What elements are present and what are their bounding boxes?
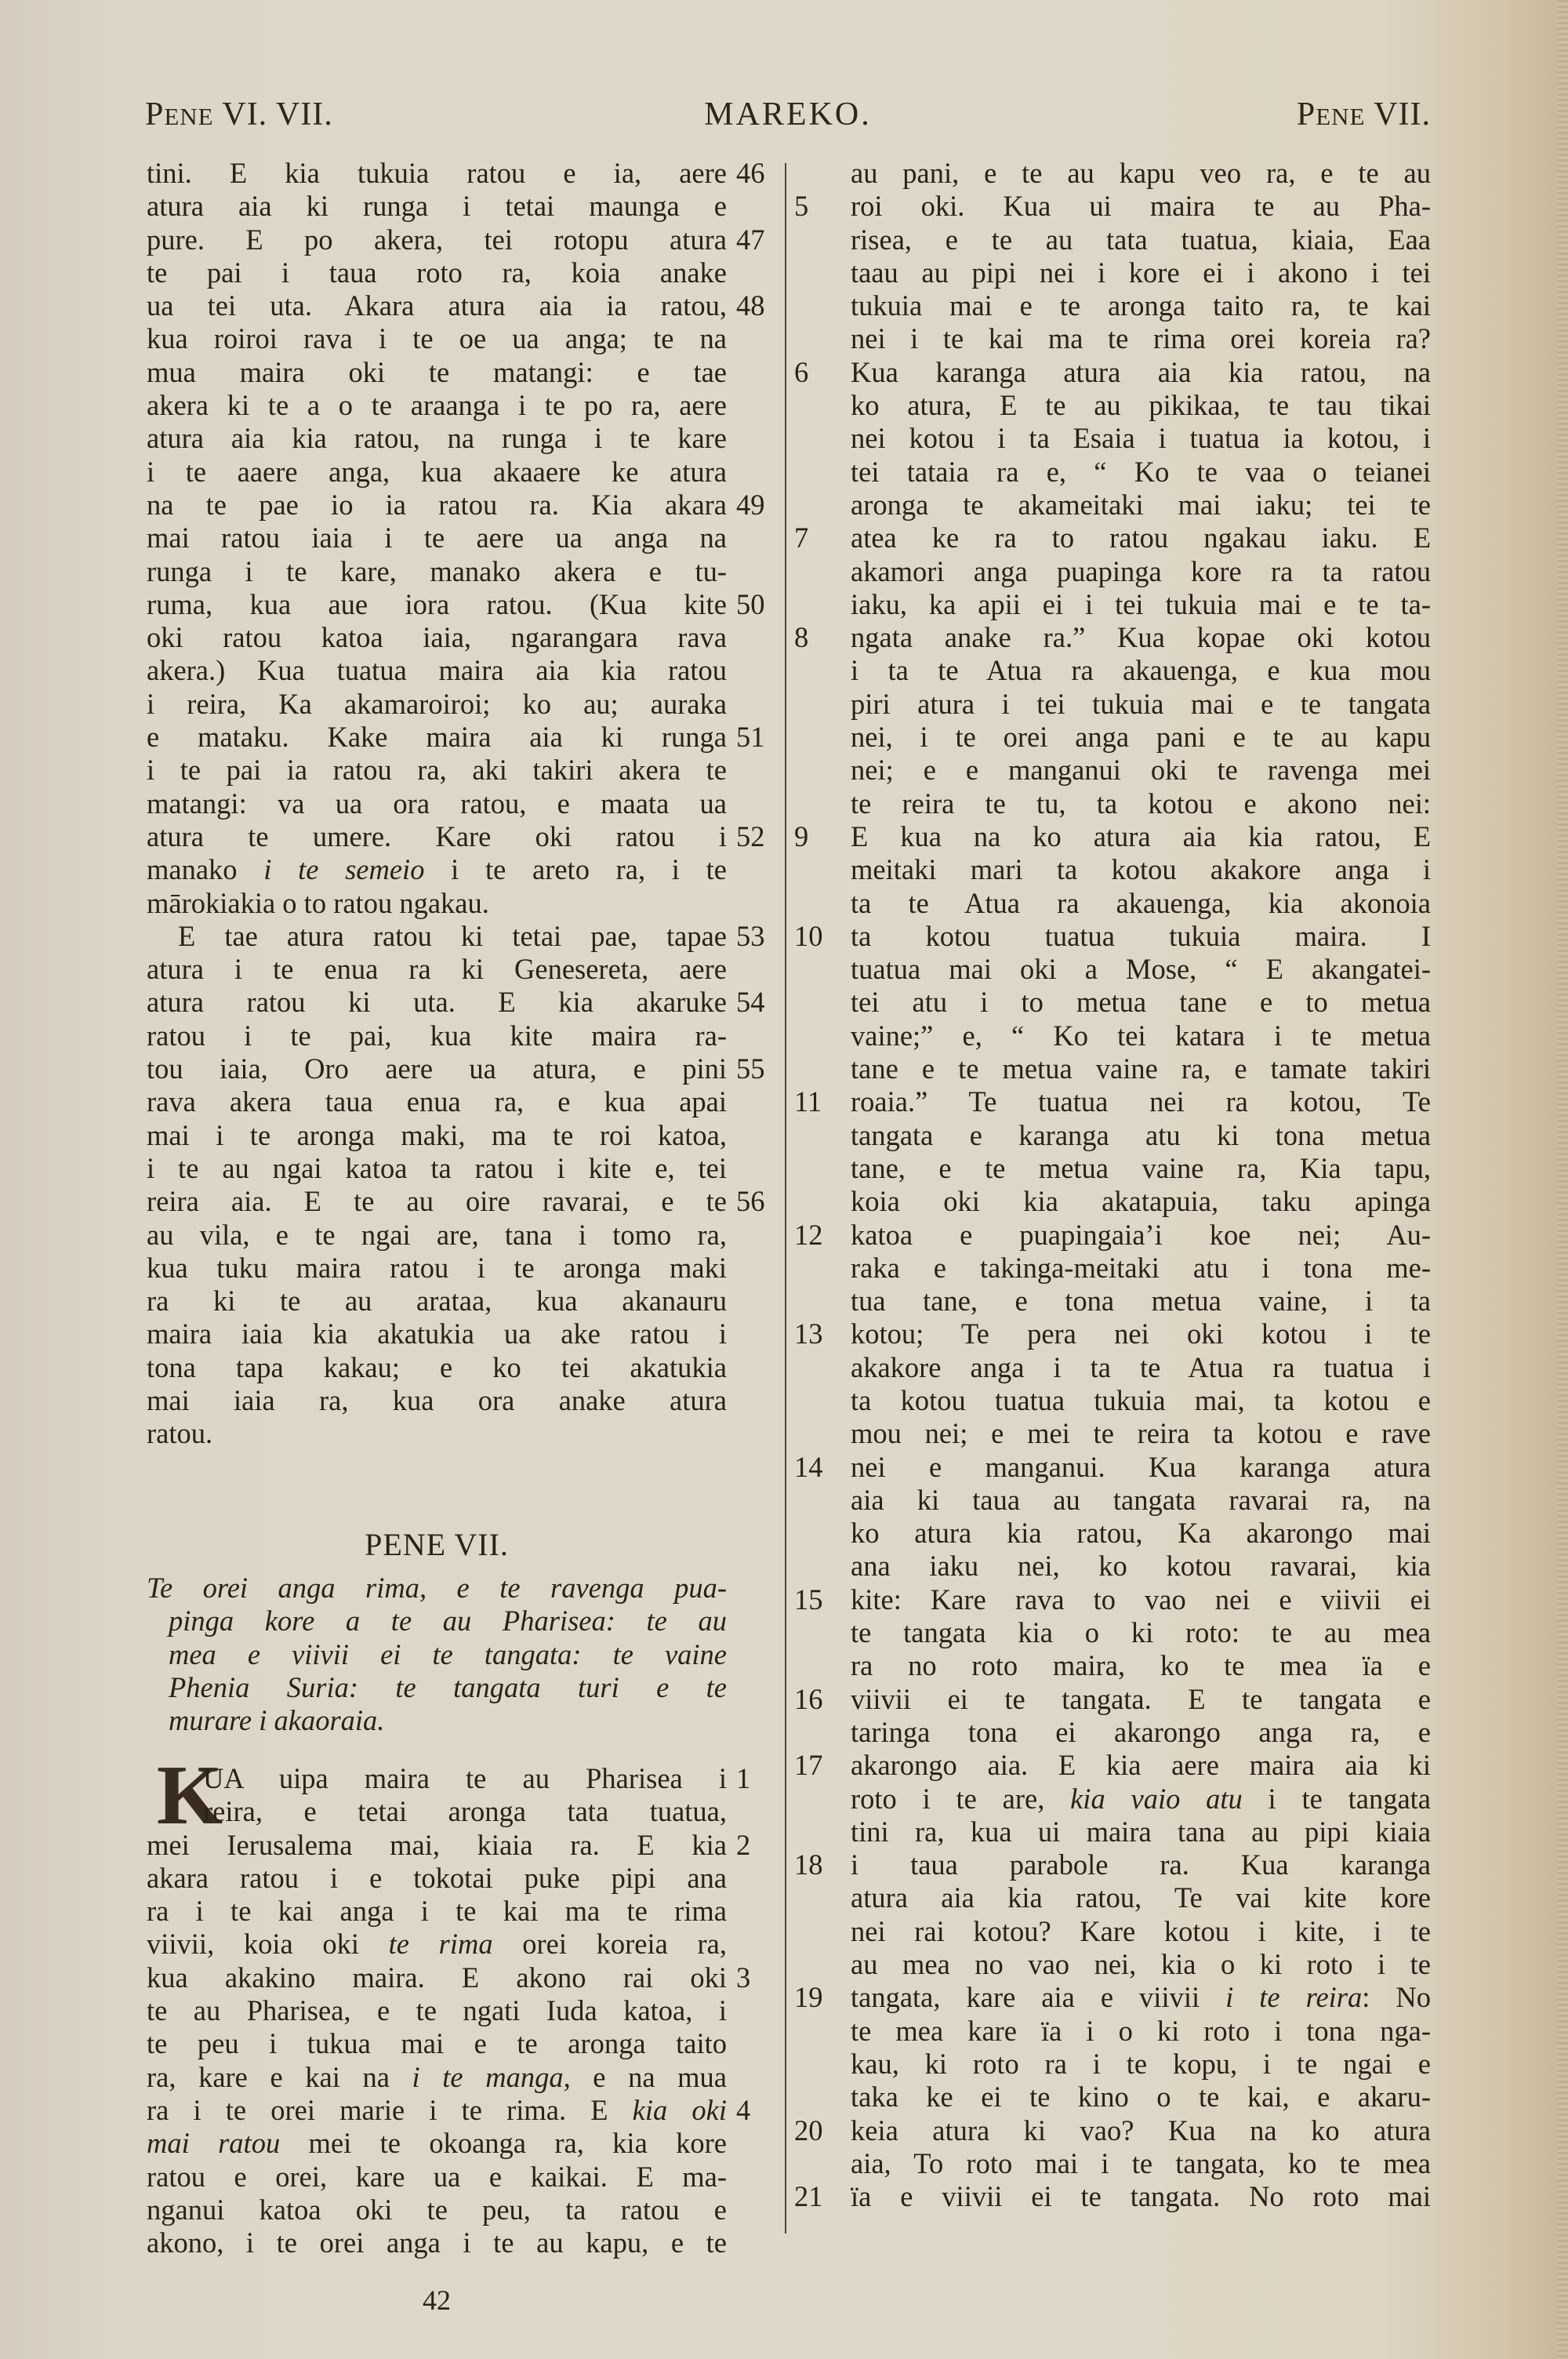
line-text: ta kotou tuatua tukuia maira. I [851,920,1431,953]
text-line: akarongo aia. E kia aere maira aia ki17 [851,1749,1431,1782]
text-line: te pai i taua roto ra, koia anake [147,256,727,289]
header-book-title: MAREKO. [145,96,1431,133]
verse-number: 2 [736,1829,783,1862]
italic-text: mai ratou [147,2127,280,2159]
text-line: kua akakino maira. E akono rai oki3 [147,1961,727,1994]
summary-line: pinga kore a te au Pharisea: te au [147,1605,727,1637]
text-line: i ta te Atua ra akauenga, e kua mou [851,654,1431,687]
text-line: roto i te are, kia vaio atu i te tangata [851,1783,1431,1816]
line-text: atura aia kia ratou, Te vai kite kore [851,1881,1431,1914]
line-text: atea ke ra to ratou ngakau iaku. E [851,522,1431,554]
line-text: te peu i tukua mai e te aronga taito [147,2027,727,2060]
verse-number: 12 [794,1219,841,1252]
text-line: atea ke ra to ratou ngakau iaku. E7 [851,522,1431,554]
verse-number: 50 [736,588,783,621]
line-text: ïa e viivii ei te tangata. No roto mai [851,2180,1431,2213]
left-column-text: tini. E kia tukuia ratou e ia, aere46atu… [147,157,727,1451]
line-text: roto i te are, kia vaio atu i te tangata [851,1783,1431,1816]
line-text: nei e manganui. Kua karanga atura [851,1451,1431,1484]
text-line: ra ki te au arataa, kua akanauru [147,1285,727,1318]
text-line: ra, kare e kai na i te manga, e na mua [147,2061,727,2094]
line-text: tona tapa kakau; e ko tei akatukia [147,1351,727,1384]
text-line: i te pai ia ratou ra, aki takiri akera t… [147,754,727,787]
line-text: ta te Atua ra akauenga, kia akonoia [851,887,1431,920]
text-line: ruma, kua aue iora ratou. (Kua kite50 [147,588,727,621]
line-text: keia atura ki vao? Kua na ko atura [851,2114,1431,2147]
text-line: ko atura, E te au pikikaa, te tau tikai [851,389,1431,422]
verse-number: 51 [736,721,783,754]
line-text: ra i te orei marie i te rima. E kia oki [147,2094,727,2127]
line-text: tua tane, e tona metua vaine, i ta [851,1285,1431,1318]
line-text: E kua na ko atura aia kia ratou, E [851,820,1431,853]
line-text: ngata anake ra.” Kua kopae oki kotou [851,621,1431,654]
verse-number: 54 [736,986,783,1019]
line-text: tei tataia ra e, “ Ko te vaa o teianei [851,456,1431,489]
verse-number: 6 [794,356,841,389]
line-text: akakore anga i ta te Atua ra tuatua i [851,1351,1431,1384]
line-text: kite: Kare rava to vao nei e viivii ei [851,1583,1431,1616]
verse-number: 48 [736,289,783,322]
verse-number: 49 [736,489,783,522]
text-line: raka e takinga-meitaki atu i tona me- [851,1252,1431,1285]
text-line: katoa e puapingaia’i koe nei; Au-12 [851,1219,1431,1252]
line-text: atura aia ki runga i tetai maunga e [147,190,727,223]
text-line: tona tapa kakau; e ko tei akatukia [147,1351,727,1384]
text-line: kotou; Te pera nei oki kotou i te13 [851,1318,1431,1350]
text-line: mou nei; e mei te reira ta kotou e rave [851,1417,1431,1450]
line-text: mua maira oki te matangi: e tae [147,356,727,389]
line-text: nei, i te orei anga pani e te au kapu [851,721,1431,754]
text-line: akera.) Kua tuatua maira aia kia ratou [147,654,727,687]
text-line: piri atura i tei tukuia mai e te tangata [851,688,1431,721]
line-text: aronga te akameitaki mai iaku; tei te [851,489,1431,522]
text-line: nganui katoa oki te peu, ta ratou e [147,2194,727,2226]
line-text: ra ki te au arataa, kua akanauru [147,1285,727,1318]
verse-number: 46 [736,157,783,190]
text-line: tangata, kare aia e viivii i te reira: N… [851,1981,1431,2014]
line-text: atura ratou ki uta. E kia akaruke [147,986,727,1019]
line-text: i reira, Ka akamaroiroi; ko au; auraka [147,688,727,721]
verse-number: 3 [736,1961,783,1994]
text-line: ko atura kia ratou, Ka akarongo mai [851,1517,1431,1550]
line-text: e mataku. Kake maira aia ki runga [147,721,727,754]
text-line: iaku, ka apii ei i tei tukuia mai e te t… [851,588,1431,621]
line-text: akara ratou i e tokotai puke pipi ana [147,1862,727,1895]
line-text: mārokiakia o to ratou ngakau. [147,887,727,920]
verse-number: 21 [794,2180,841,2213]
verse-number: 17 [794,1749,841,1782]
text-line: te reira te tu, ta kotou e akono nei: [851,787,1431,820]
right-column-text: au pani, e te au kapu veo ra, e te auroi… [851,157,1431,2213]
line-text: tou iaia, Oro aere ua atura, e pini [147,1052,727,1085]
text-line: akamori anga puapinga kore ra ta ratou [851,555,1431,588]
verse-number: 13 [794,1318,841,1350]
italic-text: kia oki [633,2094,727,2126]
line-text: roi oki. Kua ui maira te au Pha- [851,190,1431,223]
verse-number: 55 [736,1052,783,1085]
text-line: E tae atura ratou ki tetai pae, tapae53 [147,920,727,953]
text-line: keia atura ki vao? Kua na ko atura20 [851,2114,1431,2147]
verse-number: 52 [736,820,783,853]
summary-line: murare i akaoraia. [147,1704,727,1737]
line-text: i te au ngai katoa ta ratou i kite e, te… [147,1152,727,1185]
verse-number: 53 [736,920,783,953]
text-line: te peu i tukua mai e te aronga taito [147,2027,727,2060]
text-line: koia oki kia akatapuia, taku apinga [851,1185,1431,1218]
text-line: i reira, Ka akamaroiroi; ko au; auraka [147,688,727,721]
text-line: atura ratou ki uta. E kia akaruke54 [147,986,727,1019]
line-text: i te aaere anga, kua akaaere ke atura [147,456,727,489]
text-line: mai iaia ra, kua ora anake atura [147,1384,727,1417]
line-text: mai ratou mei te okoanga ra, kia kore [147,2127,727,2160]
verse-number: 18 [794,1848,841,1881]
text-line: ta te Atua ra akauenga, kia akonoia [851,887,1431,920]
text-line: te mea kare ïa i o ki roto i tona nga- [851,2015,1431,2048]
line-text: te tangata kia o ki roto: te au mea [851,1616,1431,1649]
line-text: atura i te enua ra ki Genesereta, aere [147,953,727,986]
text-line: atura i te enua ra ki Genesereta, aere [147,953,727,986]
text-line: reira aia. E te au oire ravarai, e te56 [147,1185,727,1218]
line-text: katoa e puapingaia’i koe nei; Au- [851,1219,1431,1252]
line-text: koia oki kia akatapuia, taku apinga [851,1185,1431,1218]
text-line: ra no roto maira, ko te mea ïa e [851,1649,1431,1682]
text-line: viivii, koia oki te rima orei koreia ra, [147,1928,727,1961]
chapter-heading: PENE VII. [147,1526,727,1563]
line-text: nei kotou i ta Esaia i tuatua ia kotou, … [851,422,1431,455]
line-text: Kua karanga atura aia kia ratou, na [851,356,1431,389]
text-line: te tangata kia o ki roto: te au mea [851,1616,1431,1649]
left-column-chapter7-text: UA uipa maira te au Pharisea i1reira, e … [147,1762,727,2259]
line-text: E tae atura ratou ki tetai pae, tapae [147,920,727,953]
line-text: i taua parabole ra. Kua karanga [851,1848,1431,1881]
line-text: vaine;” e, “ Ko tei katara i te metua [851,1020,1431,1052]
line-text: au pani, e te au kapu veo ra, e te au [851,157,1431,190]
line-text: au mea no vao nei, kia o ki roto i te [851,1948,1431,1981]
line-text: meitaki mari ta kotou akakore anga i [851,853,1431,886]
line-text: mai iaia ra, kua ora anake atura [147,1384,727,1417]
text-line: kua roiroi rava i te oe ua anga; te na [147,322,727,355]
line-text: tangata e karanga atu ki tona metua [851,1119,1431,1152]
text-line: mua maira oki te matangi: e tae [147,356,727,389]
line-text: tini. E kia tukuia ratou e ia, aere [147,157,727,190]
text-line: Kua karanga atura aia kia ratou, na6 [851,356,1431,389]
line-text: mou nei; e mei te reira ta kotou e rave [851,1417,1431,1450]
book-page: PENE VI. VII. MAREKO. PENE VII. tini. E … [0,0,1568,2359]
text-line: akono, i te orei anga i te au kapu, e te [147,2226,727,2259]
line-text: taringa tona ei akarongo anga ra, e [851,1716,1431,1749]
text-line: tane, e te metua vaine ra, Kia tapu, [851,1152,1431,1185]
text-line: tangata e karanga atu ki tona metua [851,1119,1431,1152]
text-line: ngata anake ra.” Kua kopae oki kotou8 [851,621,1431,654]
text-line: atura aia ki runga i tetai maunga e [147,190,727,223]
line-text: tuatua mai oki a Mose, “ E akangatei- [851,953,1431,986]
summary-line: Phenia Suria: te tangata turi e te [147,1671,727,1704]
line-text: te reira te tu, ta kotou e akono nei: [851,787,1431,820]
text-line: na te pae io ia ratou ra. Kia akara49 [147,489,727,522]
line-text: rava akera taua enua ra, e kua apai [147,1085,727,1118]
text-line: tane e te metua vaine ra, e tamate takir… [851,1052,1431,1085]
running-header: PENE VI. VII. MAREKO. PENE VII. [145,96,1431,143]
verse-number: 9 [794,820,841,853]
text-line: kua tuku maira ratou i te aronga maki [147,1252,727,1285]
line-text: ko atura, E te au pikikaa, te tau tikai [851,389,1431,422]
line-text: aia, To roto mai i te tangata, ko te mea [851,2147,1431,2180]
text-line: tua tane, e tona metua vaine, i ta [851,1285,1431,1318]
text-line: tini. E kia tukuia ratou e ia, aere46 [147,157,727,190]
italic-text: i te semeio [263,853,424,885]
verse-number: 14 [794,1451,841,1484]
line-text: akamori anga puapinga kore ra ta ratou [851,555,1431,588]
line-text: reira aia. E te au oire ravarai, e te [147,1185,727,1218]
text-line: mai ratou iaia i te aere ua anga na [147,522,727,554]
line-text: ratou i te pai, kua kite maira ra- [147,1020,727,1052]
text-line: mei Ierusalema mai, kiaia ra. E kia2 [147,1829,727,1862]
line-text: akono, i te orei anga i te au kapu, e te [147,2226,727,2259]
italic-text: i te reira [1225,1981,1362,2013]
text-line: mai i te aronga maki, ma te roi katoa, [147,1119,727,1152]
verse-number: 7 [794,522,841,554]
line-text: kua tuku maira ratou i te aronga maki [147,1252,727,1285]
line-text: ta kotou tuatua tukuia mai, ta kotou e [851,1384,1431,1417]
verse-number: 5 [794,190,841,223]
italic-text: i te manga, [412,2061,571,2093]
text-line: tou iaia, Oro aere ua atura, e pini55 [147,1052,727,1085]
line-text: tangata, kare aia e viivii i te reira: N… [851,1981,1431,2014]
text-line: akakore anga i ta te Atua ra tuatua i [851,1351,1431,1384]
text-line: UA uipa maira te au Pharisea i1 [147,1762,727,1795]
italic-text: kia vaio atu [1070,1783,1243,1815]
line-text: nei; e e manganui oki te ravenga mei [851,754,1431,787]
text-line: i te aaere anga, kua akaaere ke atura [147,456,727,489]
text-line: mai ratou mei te okoanga ra, kia kore [147,2127,727,2160]
line-text: kua akakino maira. E akono rai oki [147,1961,727,1994]
line-text: ra, kare e kai na i te manga, e na mua [147,2061,727,2094]
line-text: matangi: va ua ora ratou, e maata ua [147,787,727,820]
text-line: aia, To roto mai i te tangata, ko te mea [851,2147,1431,2180]
text-line: au vila, e te ngai are, tana i tomo ra, [147,1219,727,1252]
text-line: ana iaku nei, ko kotou ravarai, kia [851,1550,1431,1583]
verse-number: 11 [794,1085,841,1118]
text-line: maira iaia kia akatukia ua ake ratou i [147,1318,727,1350]
line-text: tane, e te metua vaine ra, Kia tapu, [851,1152,1431,1185]
text-line: akara ratou i e tokotai puke pipi ana [147,1862,727,1895]
line-text: atura aia kia ratou, na runga i te kare [147,422,727,455]
text-line: i taua parabole ra. Kua karanga18 [851,1848,1431,1881]
chapter-summary: Te orei anga rima, e te ravenga pua-ping… [147,1572,727,1737]
text-line: akera ki te a o te araanga i te po ra, a… [147,389,727,422]
verse-number: 20 [794,2114,841,2147]
text-line: rava akera taua enua ra, e kua apai [147,1085,727,1118]
verse-number: 10 [794,920,841,953]
verse-number: 8 [794,621,841,654]
line-text: tini ra, kua ui maira tana au pipi kiaia [851,1816,1431,1848]
verse-number: 15 [794,1583,841,1616]
line-text: na te pae io ia ratou ra. Kia akara [147,489,727,522]
text-line: viivii ei te tangata. E te tangata e16 [851,1683,1431,1716]
text-line: ta kotou tuatua tukuia maira. I10 [851,920,1431,953]
line-text: ra no roto maira, ko te mea ïa e [851,1649,1431,1682]
line-text: au vila, e te ngai are, tana i tomo ra, [147,1219,727,1252]
line-text: ruma, kua aue iora ratou. (Kua kite [147,588,727,621]
text-line: atura aia kia ratou, na runga i te kare [147,422,727,455]
line-text: kua roiroi rava i te oe ua anga; te na [147,322,727,355]
text-line: atura te umere. Kare oki ratou i52 [147,820,727,853]
text-line: vaine;” e, “ Ko tei katara i te metua [851,1020,1431,1052]
text-line: tini ra, kua ui maira tana au pipi kiaia [851,1816,1431,1848]
text-line: roaia.” Te tuatua nei ra kotou, Te11 [851,1085,1431,1118]
line-text: ratou e orei, kare ua e kaikai. E ma- [147,2161,727,2194]
line-text: iaku, ka apii ei i tei tukuia mai e te t… [851,588,1431,621]
text-line: kau, ki roto ra i te kopu, i te ngai e [851,2048,1431,2081]
text-line: kite: Kare rava to vao nei e viivii ei15 [851,1583,1431,1616]
text-line: ra i te orei marie i te rima. E kia oki4 [147,2094,727,2127]
text-line: pure. E po akera, tei rotopu atura47 [147,224,727,256]
text-line: ra i te kai anga i te kai ma te rima [147,1895,727,1928]
text-line: manako i te semeio i te areto ra, i te [147,853,727,886]
text-line: roi oki. Kua ui maira te au Pha-5 [851,190,1431,223]
text-line: nei rai kotou? Kare kotou i kite, i te [851,1915,1431,1948]
text-line: au mea no vao nei, kia o ki roto i te [851,1948,1431,1981]
text-line: taringa tona ei akarongo anga ra, e [851,1716,1431,1749]
text-line: te au Pharisea, e te ngati Iuda katoa, i [147,1994,727,2027]
line-text: atura te umere. Kare oki ratou i [147,820,727,853]
line-text: akarongo aia. E kia aere maira aia ki [851,1749,1431,1782]
line-text: te au Pharisea, e te ngati Iuda katoa, i [147,1994,727,2027]
line-text: aia ki taua au tangata ravarai ra, na [851,1484,1431,1517]
summary-line: mea e viivii ei te tangata: te vaine [147,1638,727,1671]
verse-number: 16 [794,1683,841,1716]
text-line: runga i te kare, manako akera e tu- [147,555,727,588]
text-line: aia ki taua au tangata ravarai ra, na [851,1484,1431,1517]
line-text: nei rai kotou? Kare kotou i kite, i te [851,1915,1431,1948]
text-line: mārokiakia o to ratou ngakau. [147,887,727,920]
line-text: nganui katoa oki te peu, ta ratou e [147,2194,727,2226]
text-line: meitaki mari ta kotou akakore anga i [851,853,1431,886]
line-text: pure. E po akera, tei rotopu atura [147,224,727,256]
text-line: oki ratou katoa iaia, ngarangara rava [147,621,727,654]
line-text: te mea kare ïa i o ki roto i tona nga- [851,2015,1431,2048]
line-text: kau, ki roto ra i te kopu, i te ngai e [851,2048,1431,2081]
line-text: risea, e te au tata tuatua, kiaia, Eaa [851,224,1431,256]
line-text: viivii ei te tangata. E te tangata e [851,1683,1431,1716]
text-line: au pani, e te au kapu veo ra, e te au [851,157,1431,190]
text-line: ratou e orei, kare ua e kaikai. E ma- [147,2161,727,2194]
line-text: taau au pipi nei i kore ei i akono i tei [851,256,1431,289]
line-text: oki ratou katoa iaia, ngarangara rava [147,621,727,654]
line-text: roaia.” Te tuatua nei ra kotou, Te [851,1085,1431,1118]
page-edge [1557,0,1568,2359]
text-line: nei; e e manganui oki te ravenga mei [851,754,1431,787]
text-line: ta kotou tuatua tukuia mai, ta kotou e [851,1384,1431,1417]
line-text: maira iaia kia akatukia ua ake ratou i [147,1318,727,1350]
text-line: E kua na ko atura aia kia ratou, E9 [851,820,1431,853]
line-text: tukuia mai e te aronga taito ra, te kai [851,289,1431,322]
line-text: UA uipa maira te au Pharisea i [147,1762,727,1795]
line-text: akera.) Kua tuatua maira aia kia ratou [147,654,727,687]
text-line: e mataku. Kake maira aia ki runga51 [147,721,727,754]
text-line: tei atu i to metua tane e to metua [851,986,1431,1019]
line-text: tane e te metua vaine ra, e tamate takir… [851,1052,1431,1085]
line-text: ko atura kia ratou, Ka akarongo mai [851,1517,1431,1550]
summary-line: Te orei anga rima, e te ravenga pua- [147,1572,727,1605]
text-line: taau au pipi nei i kore ei i akono i tei [851,256,1431,289]
verse-number: 56 [736,1185,783,1218]
text-line: nei e manganui. Kua karanga atura14 [851,1451,1431,1484]
text-line: ratou. [147,1417,727,1450]
text-line: aronga te akameitaki mai iaku; tei te [851,489,1431,522]
text-line: nei kotou i ta Esaia i tuatua ia kotou, … [851,422,1431,455]
text-line: tuatua mai oki a Mose, “ E akangatei- [851,953,1431,986]
line-text: akera ki te a o te araanga i te po ra, a… [147,389,727,422]
italic-text: te rima [389,1928,493,1960]
text-line: atura aia kia ratou, Te vai kite kore [851,1881,1431,1914]
text-line: ua tei uta. Akara atura aia ia ratou,48 [147,289,727,322]
line-text: reira, e tetai aronga tata tuatua, [147,1795,727,1828]
line-text: mai i te aronga maki, ma te roi katoa, [147,1119,727,1152]
text-line: nei, i te orei anga pani e te au kapu [851,721,1431,754]
text-line: nei i te kai ma te rima orei koreia ra? [851,322,1431,355]
line-text: i ta te Atua ra akauenga, e kua mou [851,654,1431,687]
text-line: ratou i te pai, kua kite maira ra- [147,1020,727,1052]
verse-number: 19 [794,1981,841,2014]
line-text: ana iaku nei, ko kotou ravarai, kia [851,1550,1431,1583]
header-right-chapter: PENE VII. [1297,96,1431,133]
line-text: nei i te kai ma te rima orei koreia ra? [851,322,1431,355]
line-text: ua tei uta. Akara atura aia ia ratou, [147,289,727,322]
verse-number: 1 [736,1762,783,1795]
line-text: mai ratou iaia i te aere ua anga na [147,522,727,554]
line-text: taka ke ei te kino o te kai, e akaru- [851,2081,1431,2114]
line-text: raka e takinga-meitaki atu i tona me- [851,1252,1431,1285]
line-text: viivii, koia oki te rima orei koreia ra, [147,1928,727,1961]
text-line: risea, e te au tata tuatua, kiaia, Eaa [851,224,1431,256]
line-text: tei atu i to metua tane e to metua [851,986,1431,1019]
text-line: tukuia mai e te aronga taito ra, te kai [851,289,1431,322]
line-text: kotou; Te pera nei oki kotou i te [851,1318,1431,1350]
line-text: ratou. [147,1417,727,1450]
text-line: taka ke ei te kino o te kai, e akaru- [851,2081,1431,2114]
verse-number: 4 [736,2094,783,2127]
text-line: i te au ngai katoa ta ratou i kite e, te… [147,1152,727,1185]
text-line: ïa e viivii ei te tangata. No roto mai21 [851,2180,1431,2213]
line-text: ra i te kai anga i te kai ma te rima [147,1895,727,1928]
line-text: manako i te semeio i te areto ra, i te [147,853,727,886]
text-line: reira, e tetai aronga tata tuatua, [147,1795,727,1828]
page-number: 42 [147,2284,727,2317]
verse-number: 47 [736,224,783,256]
text-line: matangi: va ua ora ratou, e maata ua [147,787,727,820]
line-text: piri atura i tei tukuia mai e te tangata [851,688,1431,721]
text-line: tei tataia ra e, “ Ko te vaa o teianei [851,456,1431,489]
line-text: mei Ierusalema mai, kiaia ra. E kia [147,1829,727,1862]
line-text: te pai i taua roto ra, koia anake [147,256,727,289]
line-text: i te pai ia ratou ra, aki takiri akera t… [147,754,727,787]
column-divider [785,163,786,2234]
line-text: runga i te kare, manako akera e tu- [147,555,727,588]
